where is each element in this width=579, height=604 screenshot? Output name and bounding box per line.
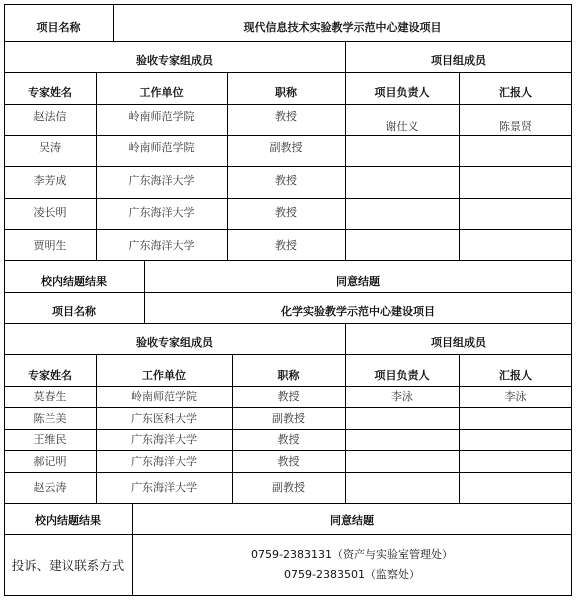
expert-title: 教授 [227, 198, 345, 229]
expert-unit: 广东海洋大学 [96, 198, 227, 229]
contact-phone-supervision: 0759-2383501（监察处） [284, 565, 420, 585]
expert-unit: 岭南师范学院 [96, 104, 227, 135]
reporter: 陈景贤 [459, 104, 572, 135]
col-project-lead: 项目负责人 [345, 72, 459, 104]
expert-title: 副教授 [232, 407, 345, 429]
col-title: 职称 [232, 354, 345, 386]
col-work-unit: 工作单位 [96, 354, 232, 386]
expert-group-header: 验收专家组成员 [4, 323, 345, 354]
expert-name: 李芳成 [4, 166, 96, 198]
expert-title: 教授 [227, 166, 345, 198]
project-team-header: 项目组成员 [345, 41, 572, 72]
expert-title: 教授 [232, 386, 345, 407]
expert-unit: 广东海洋大学 [96, 429, 232, 450]
col-expert-name: 专家姓名 [4, 354, 96, 386]
expert-name: 赵法信 [4, 104, 96, 135]
expert-unit: 岭南师范学院 [96, 135, 227, 166]
col-expert-name: 专家姓名 [4, 72, 96, 104]
expert-name: 赵云涛 [4, 472, 96, 503]
expert-unit: 岭南师范学院 [96, 386, 232, 407]
expert-title: 副教授 [232, 472, 345, 503]
expert-unit: 广东海洋大学 [96, 450, 232, 472]
expert-title: 教授 [232, 450, 345, 472]
expert-title: 教授 [227, 104, 345, 135]
reporter: 李泳 [459, 386, 572, 407]
expert-name: 贾明生 [4, 229, 96, 260]
expert-unit: 广东海洋大学 [96, 472, 232, 503]
col-work-unit: 工作单位 [96, 72, 227, 104]
expert-unit: 广东医科大学 [96, 407, 232, 429]
school-result-label: 校内结题结果 [4, 503, 132, 534]
expert-title: 教授 [232, 429, 345, 450]
project-team-header: 项目组成员 [345, 323, 572, 354]
col-title: 职称 [227, 72, 345, 104]
project-lead: 李泳 [345, 386, 459, 407]
contact-phone-assets: 0759-2383131（资产与实验室管理处） [251, 545, 453, 565]
project-name-value: 现代信息技术实验教学示范中心建设项目 [113, 4, 572, 41]
school-result-value: 同意结题 [132, 503, 572, 534]
expert-name: 郝记明 [4, 450, 96, 472]
expert-name: 吴涛 [4, 135, 96, 166]
expert-unit: 广东海洋大学 [96, 166, 227, 198]
col-project-lead: 项目负责人 [345, 354, 459, 386]
project-name-label: 项目名称 [4, 4, 113, 41]
expert-title: 教授 [227, 229, 345, 260]
contact-label: 投诉、建议联系方式 [4, 534, 132, 596]
project-name-label: 项目名称 [4, 292, 144, 323]
col-reporter: 汇报人 [459, 72, 572, 104]
school-result-label: 校内结题结果 [4, 260, 144, 292]
expert-unit: 广东海洋大学 [96, 229, 227, 260]
col-reporter: 汇报人 [459, 354, 572, 386]
school-result-value: 同意结题 [144, 260, 572, 292]
expert-group-header: 验收专家组成员 [4, 41, 345, 72]
expert-name: 王维民 [4, 429, 96, 450]
project-name-value: 化学实验教学示范中心建设项目 [144, 292, 572, 323]
expert-name: 莫春生 [4, 386, 96, 407]
project-lead: 谢仕义 [345, 104, 459, 135]
expert-name: 凌长明 [4, 198, 96, 229]
expert-name: 陈兰美 [4, 407, 96, 429]
contact-info: 0759-2383131（资产与实验室管理处） 0759-2383501（监察处… [132, 534, 572, 596]
expert-title: 副教授 [227, 135, 345, 166]
